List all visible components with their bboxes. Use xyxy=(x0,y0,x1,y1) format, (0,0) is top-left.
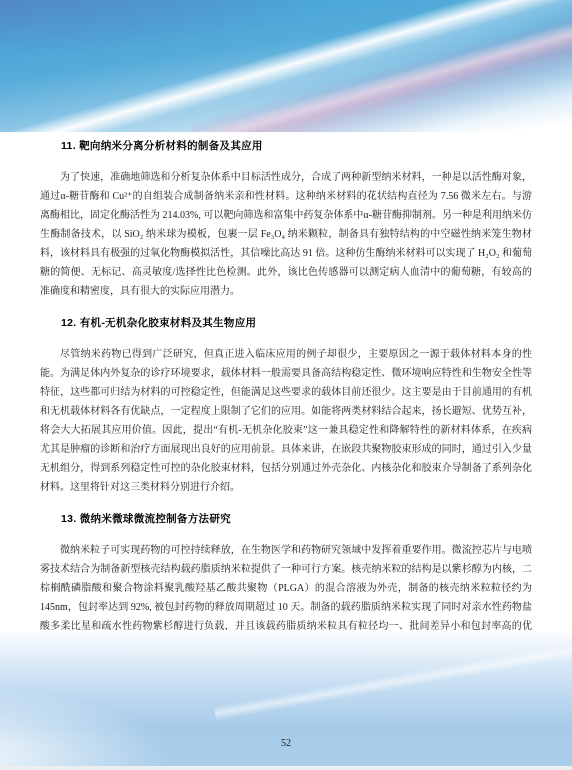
section-11-heading: 11. 靶向纳米分离分析材料的制备及其应用 xyxy=(40,140,532,153)
section-12: 12. 有机-无机杂化胶束材料及其生物应用 尽管纳米药物已得到广泛研究，但真正进… xyxy=(40,317,532,497)
header-decoration xyxy=(0,0,572,132)
page-bottom-edge xyxy=(0,766,572,770)
page-number: 52 xyxy=(0,738,572,749)
section-12-heading: 12. 有机-无机杂化胶束材料及其生物应用 xyxy=(40,317,532,330)
section-12-body: 尽管纳米药物已得到广泛研究，但真正进入临床应用的例子却很少，主要原因之一源于载体… xyxy=(40,345,532,497)
section-11: 11. 靶向纳米分离分析材料的制备及其应用 为了快速，准确地筛选和分析复杂体系中… xyxy=(40,140,532,301)
section-11-body: 为了快速，准确地筛选和分析复杂体系中目标活性成分，合成了两种新型纳米材料，一种是… xyxy=(40,168,532,301)
document-page: 11. 靶向纳米分离分析材料的制备及其应用 为了快速，准确地筛选和分析复杂体系中… xyxy=(0,0,572,770)
footer-decoration xyxy=(0,630,572,770)
page-content: 11. 靶向纳米分离分析材料的制备及其应用 为了快速，准确地筛选和分析复杂体系中… xyxy=(0,132,572,712)
section-13-heading: 13. 微纳米微球微流控制备方法研究 xyxy=(40,513,532,526)
